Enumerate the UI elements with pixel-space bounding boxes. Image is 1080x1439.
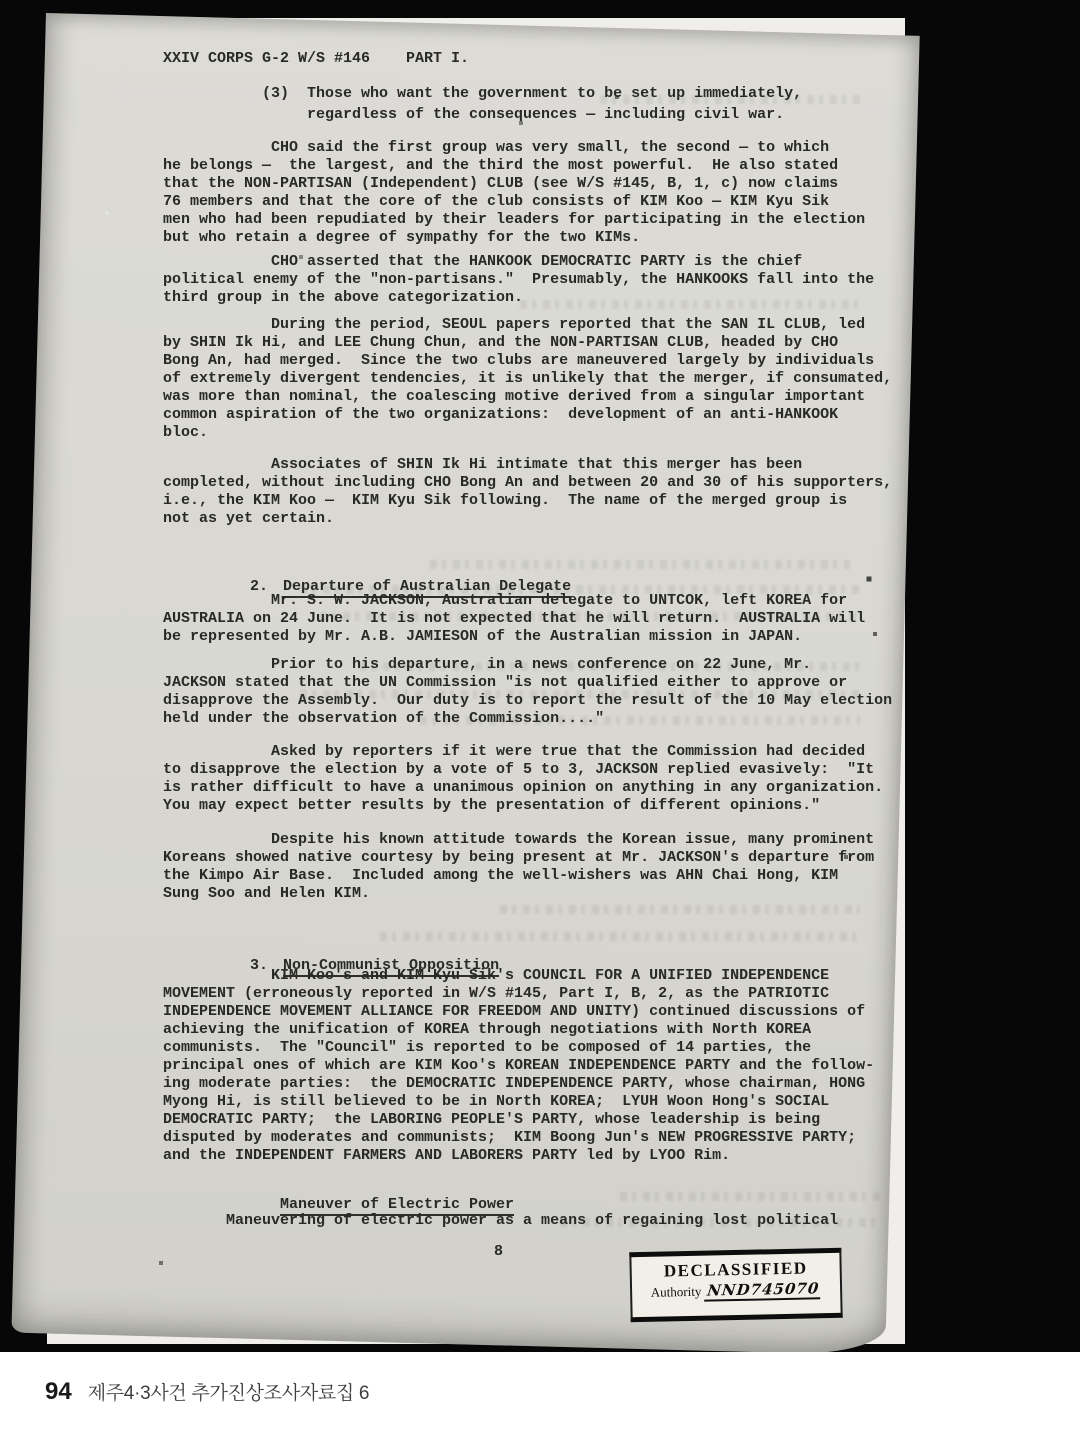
- paragraph-jackson-departure: Mr. S. W. JACKSON, Australian delegate t…: [163, 592, 923, 646]
- paragraph-despite-attitude: Despite his known attitude towards the K…: [163, 831, 923, 903]
- paragraph-associates: Associates of SHIN Ik Hi intimate that t…: [163, 456, 923, 528]
- authority-handwritten-number: NND745070: [704, 1279, 822, 1301]
- paragraph-item-3: (3) Those who want the government to be …: [163, 83, 923, 125]
- scanned-document-area: XXIV CORPS G-2 W/S #146 PART I. (3) Thos…: [0, 0, 1080, 1352]
- paragraph-asked-reporters: Asked by reporters if it were true that …: [163, 743, 923, 815]
- page-number: 8: [494, 1243, 503, 1261]
- book-title: 제주4·3사건 추가진상조사자료집 6: [88, 1378, 370, 1405]
- paragraph-news-conference: Prior to his departure, in a news confer…: [163, 656, 923, 728]
- paragraph-cho-said: CHO said the first group was very small,…: [163, 139, 923, 247]
- declassified-stamp: DECLASSIFIED AuthorityNND745070: [629, 1248, 842, 1322]
- book-footer: 94 제주4·3사건 추가진상조사자료집 6: [0, 1352, 1080, 1439]
- paragraph-cho-asserted: CHO asserted that the HANKOOK DEMOCRATIC…: [163, 253, 923, 307]
- typewritten-text-layer: XXIV CORPS G-2 W/S #146 PART I. (3) Thos…: [0, 0, 1080, 1352]
- book-footer-line: 94 제주4·3사건 추가진상조사자료집 6: [45, 1378, 369, 1406]
- paragraph-council: KIM Koo's and KIM Kyu Sik's COUNCIL FOR …: [163, 967, 923, 1165]
- book-page-number: 94: [45, 1378, 72, 1406]
- declassified-stamp-authority: AuthorityNND745070: [632, 1279, 840, 1303]
- paragraph-seoul-merger: During the period, SEOUL papers reported…: [163, 316, 923, 442]
- report-header-line: XXIV CORPS G-2 W/S #146 PART I.: [163, 50, 923, 68]
- authority-label: Authority: [651, 1284, 702, 1300]
- paragraph-electric-power: Maneuvering of electric power as a means…: [163, 1212, 923, 1230]
